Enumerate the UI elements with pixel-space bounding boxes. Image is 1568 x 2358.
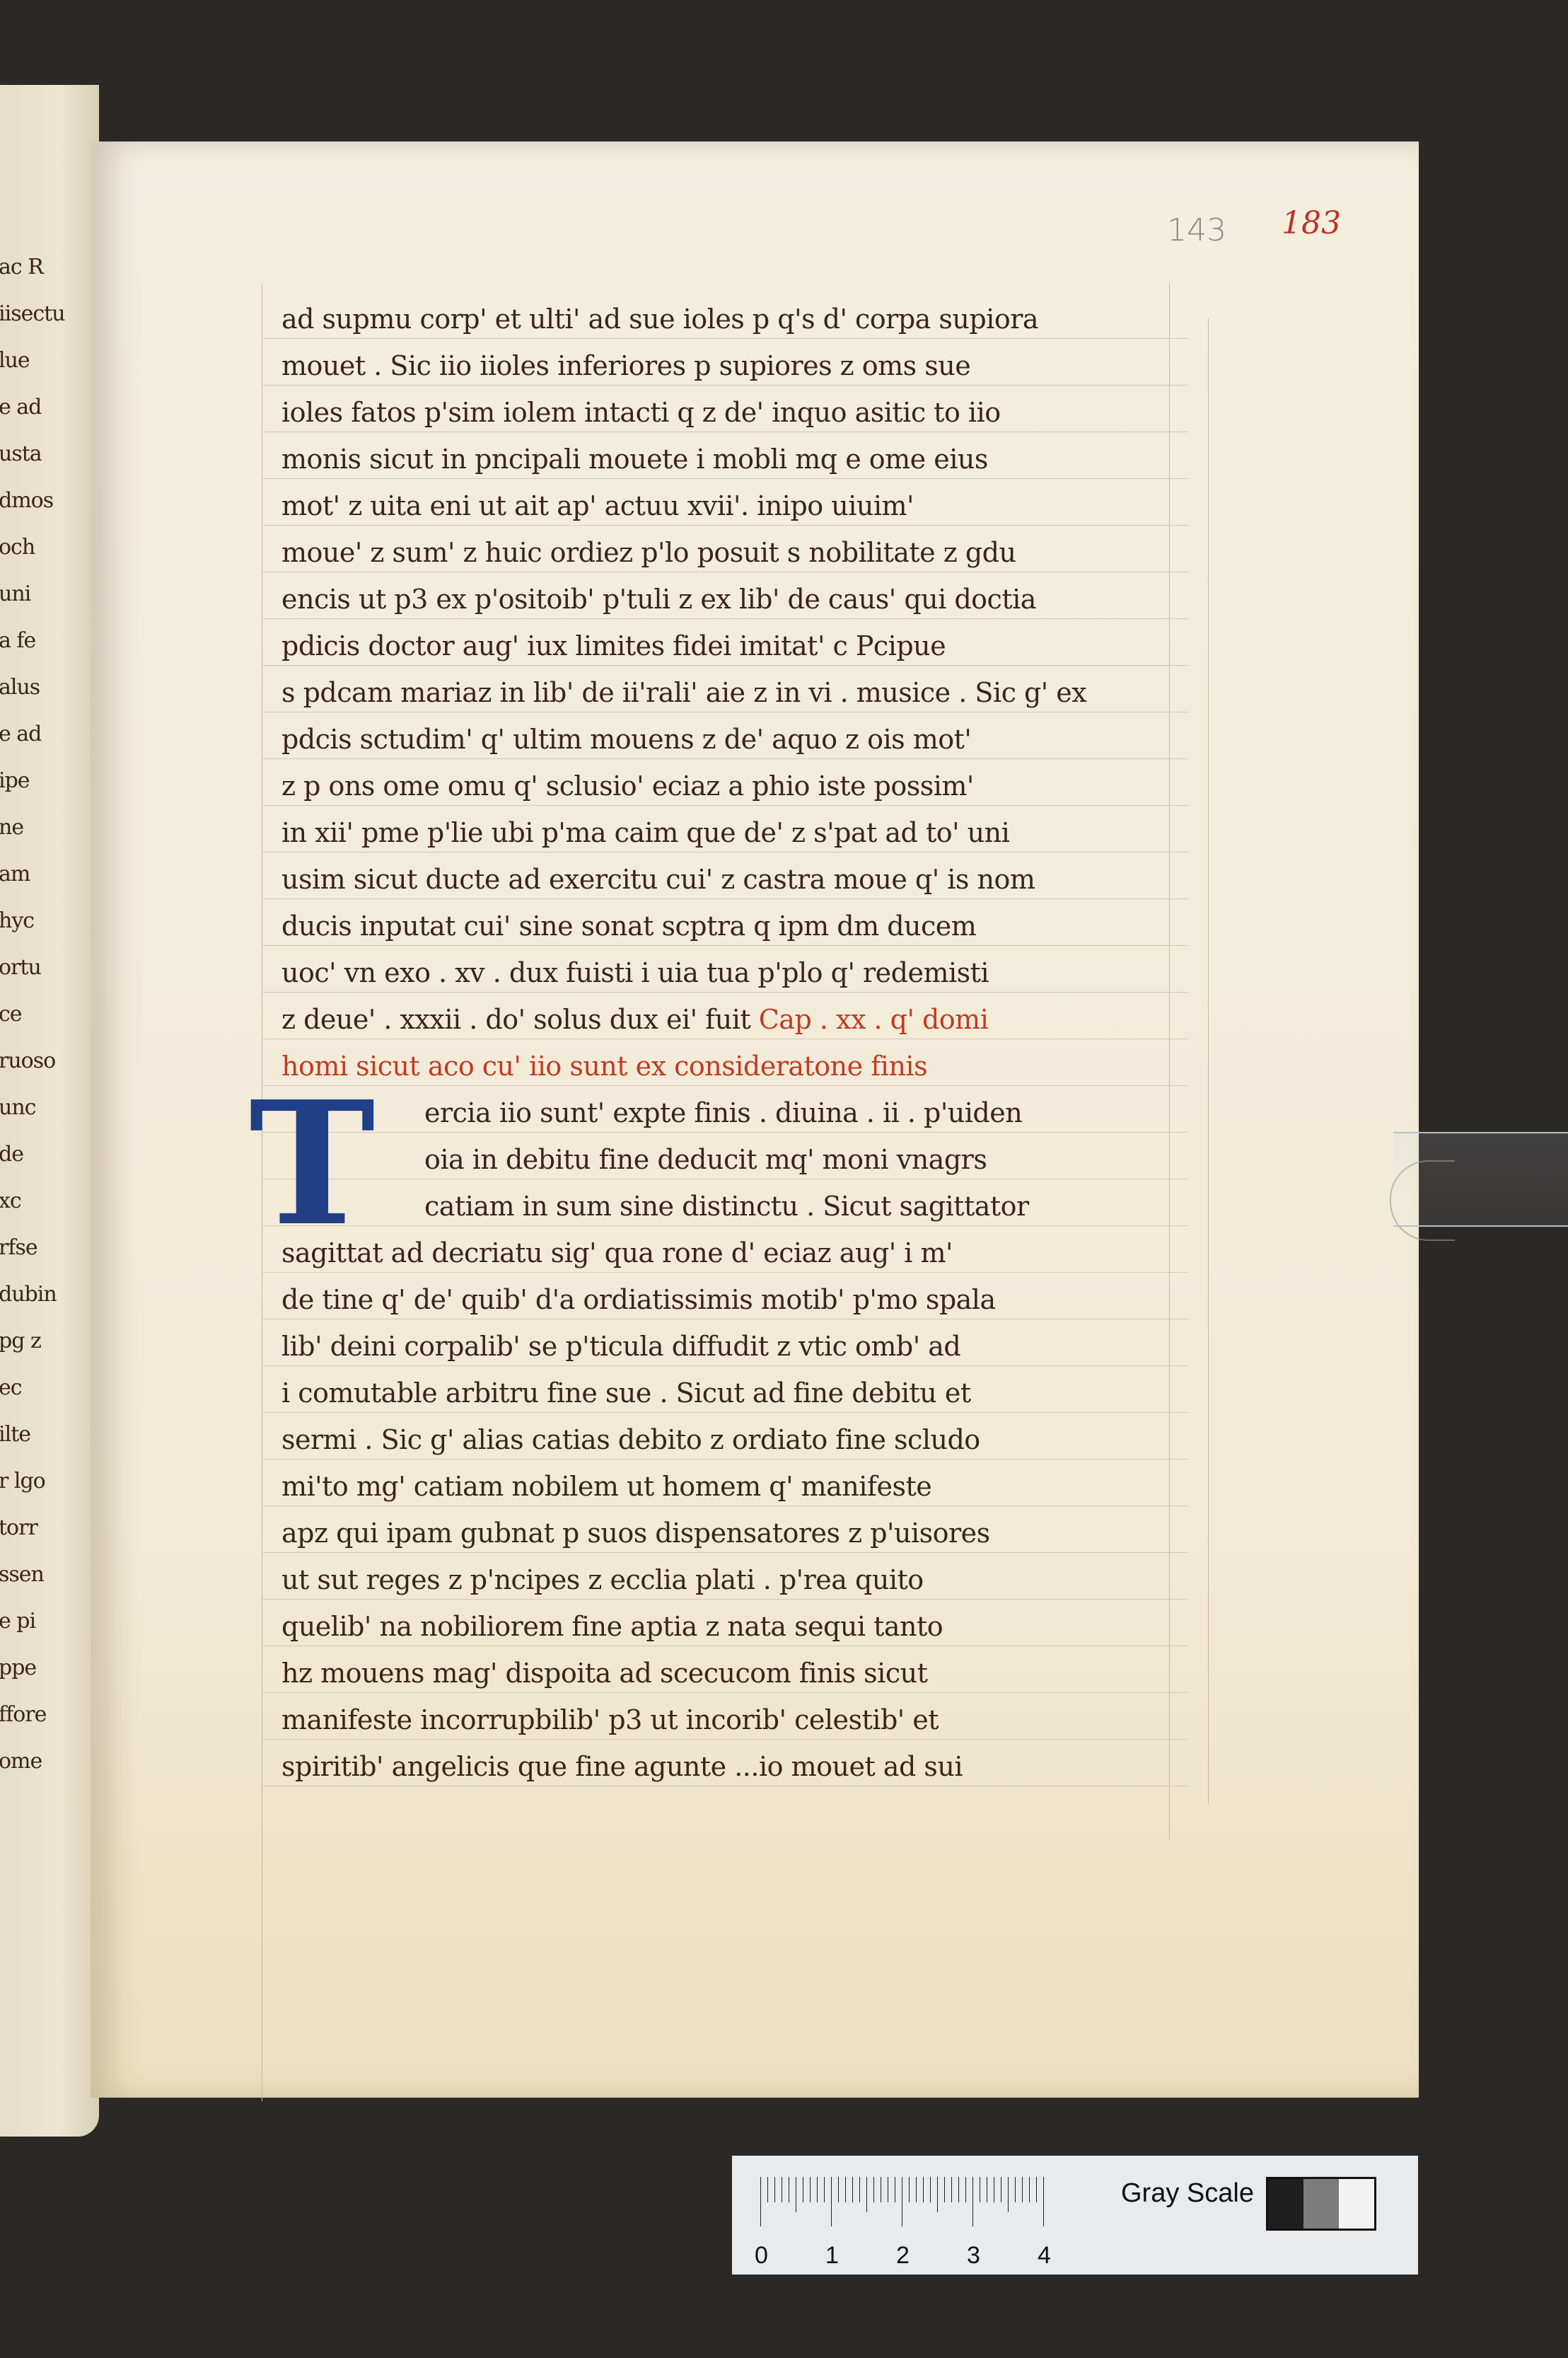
left-page-fragment: e ad	[0, 395, 41, 420]
line-text: i comutable arbitru fine sue . Sicut ad …	[281, 1377, 971, 1409]
gray-scale-patches	[1266, 2177, 1376, 2231]
manuscript-line: i comutable arbitru fine sue . Sicut ad …	[281, 1371, 1166, 1415]
ruler-tick	[1008, 2177, 1009, 2212]
line-text: pdicis doctor aug' iux limites fidei imi…	[281, 630, 946, 661]
left-page-fragment: och	[0, 535, 35, 560]
ruler-tick	[930, 2177, 931, 2202]
left-page-fragment: e ad	[0, 722, 41, 746]
manuscript-line: mouet . Sic iio iioles inferiores p supi…	[281, 344, 1166, 388]
ruler-tick	[902, 2177, 902, 2226]
manuscript-line: spiritib' angelicis que fine agunte ...i…	[281, 1745, 1166, 1788]
manuscript-line: manifeste incorrupbilib' p3 ut incorib' …	[281, 1698, 1166, 1742]
left-page-fragment: torr	[0, 1515, 37, 1540]
manuscript-line: lib' deini corpalib' se p'ticula diffudi…	[281, 1324, 1166, 1368]
line-text: mot' z uita eni ut ait ap' actuu xvii'. …	[281, 490, 914, 521]
ruler-tick	[845, 2177, 846, 2202]
line-text: catiam in sum sine distinctu . Sicut sag…	[424, 1191, 1029, 1222]
ruler-tick	[796, 2177, 796, 2212]
manuscript-line: pdcis sctudim' q' ultim mouens z de' aqu…	[281, 717, 1166, 761]
gray-patch	[1303, 2179, 1339, 2229]
ruler-tick	[1036, 2177, 1037, 2202]
line-text: de tine q' de' quib' d'a ordiatissimis m…	[281, 1284, 996, 1315]
ruler-tick	[987, 2177, 987, 2202]
ruler-tick	[965, 2177, 966, 2202]
left-page-fragment: lue	[0, 348, 30, 373]
line-text: sermi . Sic g' alias catias debito z ord…	[281, 1424, 980, 1455]
line-text: in xii' pme p'lie ubi p'ma caim que de' …	[281, 817, 1009, 848]
manuscript-line: z p ons ome omu q' sclusio' eciaz a phio…	[281, 764, 1166, 808]
ruler: 01234	[760, 2177, 1107, 2233]
left-page-fragment: xc	[0, 1189, 21, 1213]
manuscript-line: mi'to mg' catiam nobilem ut homem q' man…	[281, 1464, 1166, 1508]
manuscript-line: encis ut p3 ex p'ositoib' p'tuli z ex li…	[281, 577, 1166, 621]
gray-patch	[1268, 2179, 1303, 2229]
line-text: z p ons ome omu q' sclusio' eciaz a phio…	[281, 770, 974, 802]
manuscript-line: z deue' . xxxii . do' solus dux ei' fuit…	[281, 998, 1166, 1041]
manuscript-line: moue' z sum' z huic ordiez p'lo posuit s…	[281, 531, 1166, 574]
ruler-tick	[937, 2177, 938, 2212]
manuscript-line: uoc' vn exo . xv . dux fuisti i uia tua …	[281, 951, 1166, 995]
manuscript-line: hz mouens mag' dispoita ad scecucom fini…	[281, 1651, 1166, 1695]
left-page-fragment: ome	[0, 1749, 42, 1774]
manuscript-line: sermi . Sic g' alias catias debito z ord…	[281, 1418, 1166, 1462]
ruler-tick	[859, 2177, 860, 2202]
ruler-tick	[888, 2177, 888, 2202]
left-page-fragment: de	[0, 1142, 23, 1167]
line-text: sagittat ad decriatu sig' qua rone d' ec…	[281, 1237, 953, 1268]
line-text: usim sicut ducte ad exercitu cui' z cast…	[281, 864, 1035, 895]
line-text: homi sicut aco cu' iio sunt ex considera…	[281, 1051, 927, 1082]
ruler-tick	[895, 2177, 895, 2202]
ruler-tick	[803, 2177, 803, 2202]
ruler-number: 4	[1038, 2242, 1051, 2270]
ruler-tick	[951, 2177, 952, 2202]
ruler-tick	[831, 2177, 832, 2226]
manuscript-line: ut sut reges z p'ncipes z ecclia plati .…	[281, 1558, 1166, 1602]
left-page-fragment: ppe	[0, 1655, 36, 1680]
line-text: ad supmu corp' et ulti' ad sue ioles p q…	[281, 304, 1038, 335]
line-text: quelib' na nobiliorem fine aptia z nata …	[281, 1611, 943, 1642]
ruler-tick	[838, 2177, 839, 2202]
ruler-tick	[810, 2177, 811, 2202]
left-page-fragment: dmos	[0, 488, 53, 513]
manuscript-line: usim sicut ducte ad exercitu cui' z cast…	[281, 857, 1166, 901]
line-text: manifeste incorrupbilib' p3 ut incorib' …	[281, 1704, 939, 1735]
line-text: oia in debitu fine deducit mq' moni vnag…	[424, 1144, 987, 1175]
ruler-tick	[972, 2177, 973, 2226]
ruler-tick	[881, 2177, 881, 2202]
left-page-fragment: ec	[0, 1375, 22, 1400]
ruler-number: 2	[896, 2242, 910, 2270]
left-page-fragment: hyc	[0, 908, 34, 933]
line-text: ercia iio sunt' expte finis . diuina . i…	[424, 1097, 1022, 1128]
ruler-tick	[994, 2177, 994, 2202]
manuscript-line: homi sicut aco cu' iio sunt ex considera…	[281, 1044, 1166, 1088]
manuscript-line: pdicis doctor aug' iux limites fidei imi…	[281, 624, 1166, 668]
left-page-fragment: ac R	[0, 255, 43, 279]
manuscript-line: ducis inputat cui' sine sonat scptra q i…	[281, 904, 1166, 948]
manuscript-line: monis sicut in pncipali mouete i mobli m…	[281, 437, 1166, 481]
left-page-fragment: r lgo	[0, 1469, 45, 1493]
manuscript-line: ercia iio sunt' expte finis . diuina . i…	[424, 1091, 1167, 1135]
left-page-edge: ac Riisectuluee adustadmosochunia fealus…	[0, 85, 99, 2137]
ruler-tick	[1043, 2177, 1044, 2226]
line-text: pdcis sctudim' q' ultim mouens z de' aqu…	[281, 724, 971, 755]
manuscript-line: apz qui ipam gubnat p suos dispensatores…	[281, 1511, 1166, 1555]
ruler-tick	[767, 2177, 768, 2202]
line-text: lib' deini corpalib' se p'ticula diffudi…	[281, 1331, 960, 1362]
left-page-fragment: ruoso	[0, 1048, 55, 1073]
left-page-fragment: alus	[0, 675, 40, 700]
ruler-tick	[1029, 2177, 1030, 2202]
line-text: monis sicut in pncipali mouete i mobli m…	[281, 444, 988, 475]
manuscript-line: de tine q' de' quib' d'a ordiatissimis m…	[281, 1278, 1166, 1322]
ruler-tick	[782, 2177, 782, 2202]
left-page-fragment: ne	[0, 815, 23, 840]
ruler-tick	[760, 2177, 761, 2226]
left-page-fragment: ortu	[0, 955, 41, 980]
ruling-right	[1169, 283, 1170, 1839]
line-text: uoc' vn exo . xv . dux fuisti i uia tua …	[281, 957, 989, 988]
ruler-tick	[944, 2177, 945, 2202]
left-page-fragment: ipe	[0, 768, 30, 793]
folio-number-pencil: 143	[1167, 212, 1226, 248]
left-page-fragment: e pi	[0, 1609, 35, 1634]
line-text: mi'to mg' catiam nobilem ut homem q' man…	[281, 1471, 931, 1502]
left-page-fragment: unc	[0, 1095, 35, 1120]
page-clip	[1393, 1132, 1568, 1227]
line-text: apz qui ipam gubnat p suos dispensatores…	[281, 1518, 990, 1549]
line-text: s pdcam mariaz in lib' de ii'rali' aie z…	[281, 677, 1086, 708]
manuscript-line: mot' z uita eni ut ait ap' actuu xvii'. …	[281, 484, 1166, 528]
ruler-number: 1	[825, 2242, 839, 2270]
line-text: ioles fatos p'sim iolem intacti q z de' …	[281, 397, 1001, 428]
line-text: ducis inputat cui' sine sonat scptra q i…	[281, 911, 976, 942]
left-page-fragment: dubin	[0, 1282, 57, 1307]
ruler-tick	[866, 2177, 867, 2212]
line-text: ut sut reges z p'ncipes z ecclia plati .…	[281, 1564, 924, 1595]
ruler-number: 3	[967, 2242, 980, 2270]
ruler-tick	[1001, 2177, 1001, 2202]
ruler-tick	[774, 2177, 775, 2202]
ruler-number: 0	[755, 2242, 768, 2270]
left-page-fragment: ssen	[0, 1562, 44, 1587]
left-page-fragment: rfse	[0, 1235, 37, 1260]
ruler-tick	[1015, 2177, 1016, 2202]
left-page-fragment: ce	[0, 1002, 22, 1027]
ruler-tick	[916, 2177, 917, 2202]
decorated-initial: T	[249, 1093, 419, 1235]
ruler-tick	[909, 2177, 910, 2202]
left-page-fragment: am	[0, 862, 30, 886]
left-page-fragment: pg z	[0, 1329, 41, 1353]
ruler-tick	[958, 2177, 959, 2202]
left-page-fragment: uni	[0, 582, 30, 606]
line-text: encis ut p3 ex p'ositoib' p'tuli z ex li…	[281, 584, 1036, 615]
left-page-fragment: usta	[0, 441, 42, 466]
manuscript-line: sagittat ad decriatu sig' qua rone d' ec…	[281, 1231, 1166, 1275]
left-page-fragment: iisectu	[0, 301, 65, 326]
folio-number-red: 183	[1282, 205, 1341, 241]
gray-patch	[1339, 2179, 1374, 2229]
left-page-fragment: a fe	[0, 628, 35, 653]
ruler-tick	[789, 2177, 789, 2202]
ruler-tick	[923, 2177, 924, 2202]
rubric-chapter-heading: Cap . xx . q' domi	[750, 1004, 988, 1035]
line-text: z deue' . xxxii . do' solus dux ei' fuit	[281, 1004, 750, 1035]
ruler-tick	[873, 2177, 874, 2202]
manuscript-line: oia in debitu fine deducit mq' moni vnag…	[424, 1138, 1167, 1181]
ruling-outer	[1208, 318, 1209, 1804]
manuscript-line: catiam in sum sine distinctu . Sicut sag…	[424, 1184, 1167, 1228]
gray-scale-label: Gray Scale	[1121, 2178, 1254, 2209]
left-page-fragment: ffore	[0, 1702, 46, 1727]
ruler-tick	[1022, 2177, 1023, 2202]
left-page-fragment: ilte	[0, 1422, 30, 1447]
manuscript-line: s pdcam mariaz in lib' de ii'rali' aie z…	[281, 671, 1166, 715]
line-text: mouet . Sic iio iioles inferiores p supi…	[281, 350, 970, 381]
ruler-tick	[824, 2177, 825, 2202]
manuscript-line: ad supmu corp' et ulti' ad sue ioles p q…	[281, 297, 1166, 341]
line-text: spiritib' angelicis que fine agunte ...i…	[281, 1751, 963, 1782]
gray-scale-card: 01234 Gray Scale	[732, 2154, 1418, 2275]
manuscript-line: ioles fatos p'sim iolem intacti q z de' …	[281, 391, 1166, 434]
ruler-tick	[817, 2177, 818, 2202]
line-text: hz mouens mag' dispoita ad scecucom fini…	[281, 1658, 927, 1689]
ruler-tick	[852, 2177, 853, 2202]
manuscript-line: in xii' pme p'lie ubi p'ma caim que de' …	[281, 811, 1166, 855]
manuscript-line: quelib' na nobiliorem fine aptia z nata …	[281, 1605, 1166, 1648]
ruler-tick	[980, 2177, 980, 2202]
line-text: moue' z sum' z huic ordiez p'lo posuit s…	[281, 537, 1016, 568]
